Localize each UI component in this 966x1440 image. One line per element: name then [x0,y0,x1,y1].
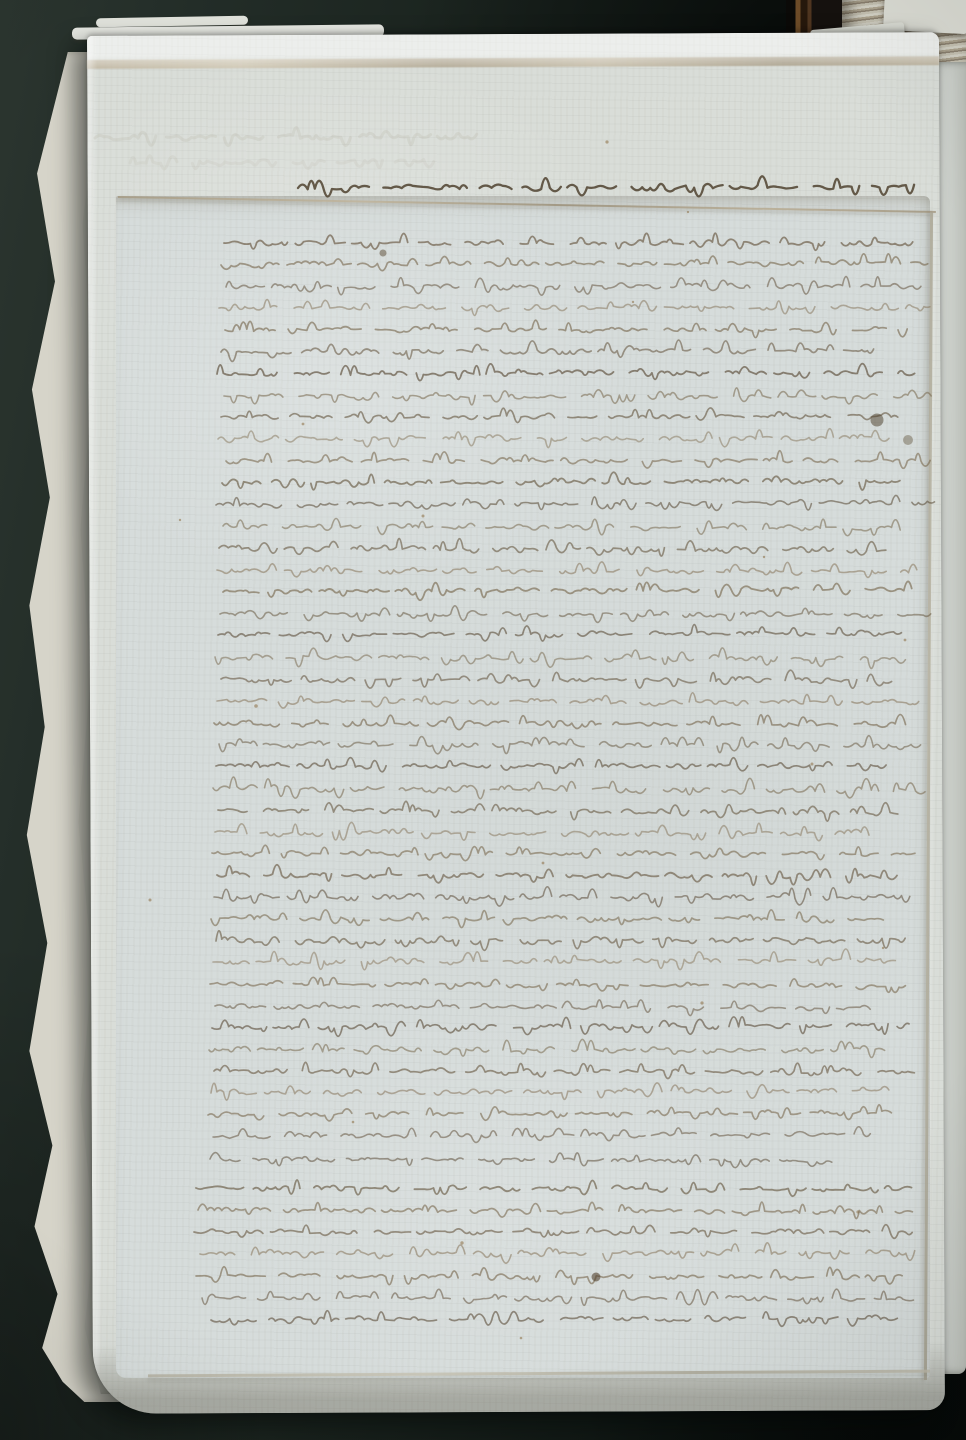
manuscript-sheet [116,196,930,1378]
manuscript-photo [0,0,966,1440]
